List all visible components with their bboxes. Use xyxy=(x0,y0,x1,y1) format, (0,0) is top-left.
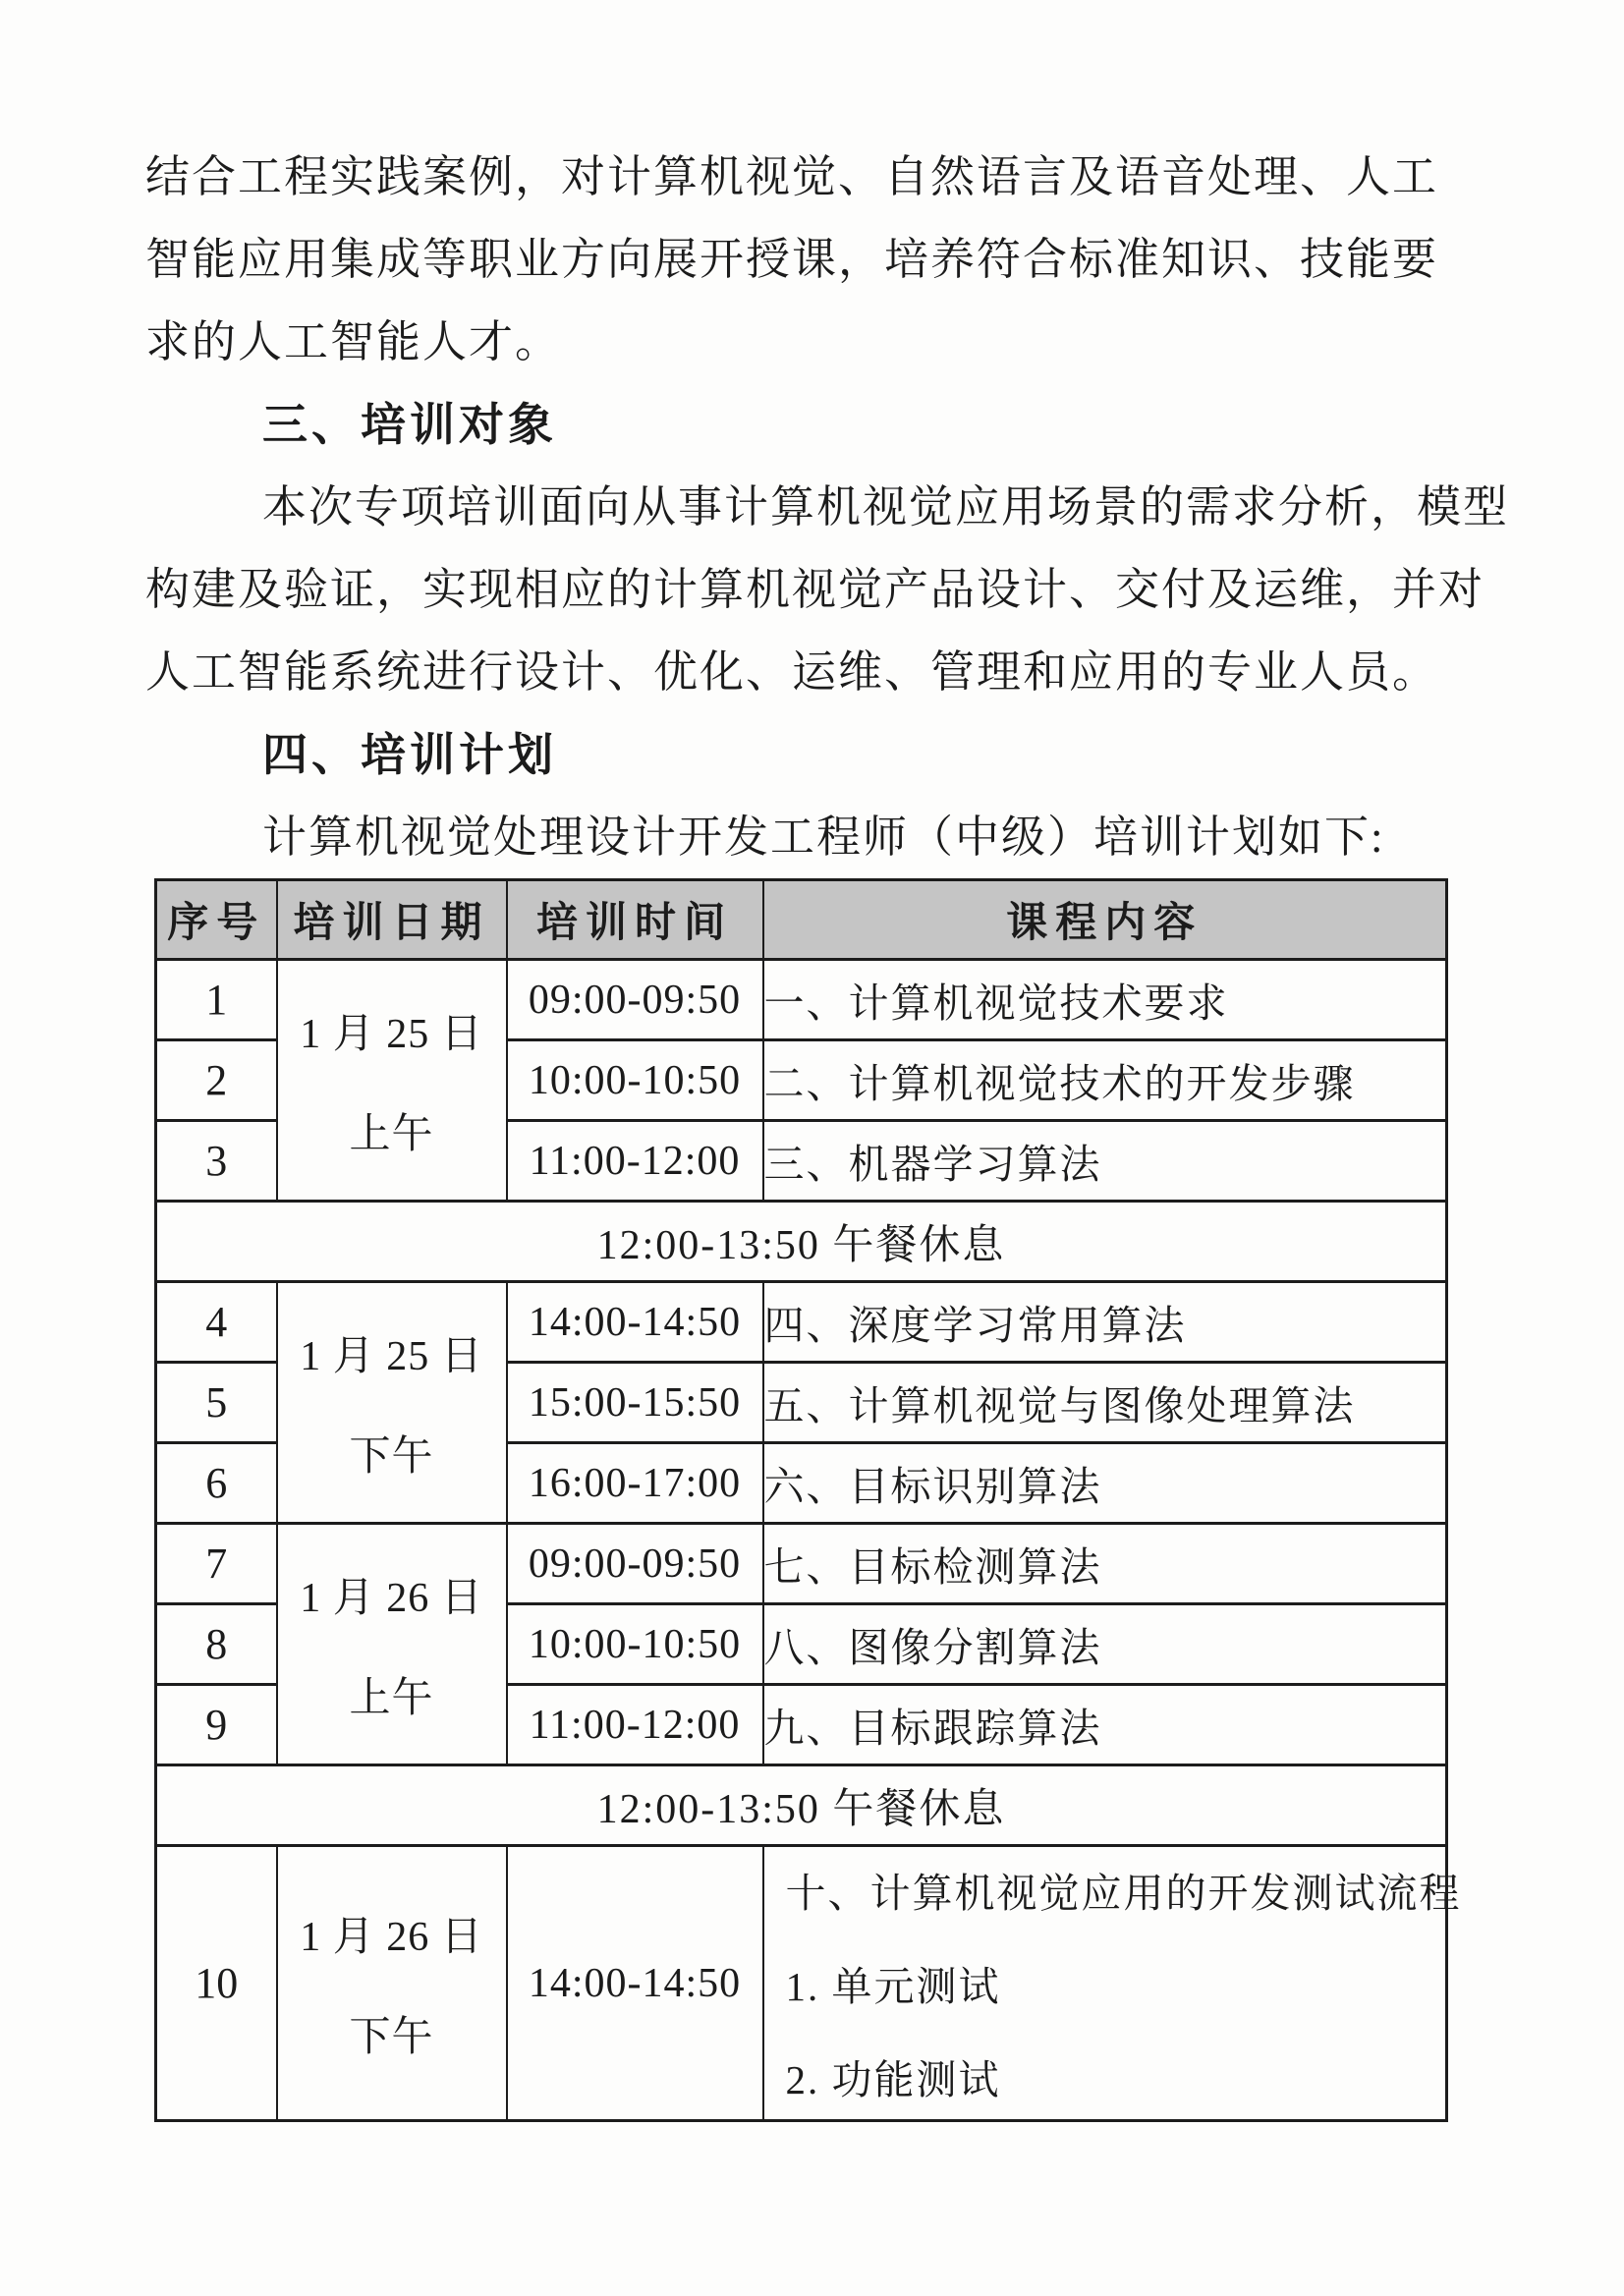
date-line: 上午 xyxy=(349,1665,433,1724)
time-cell: 09:00-09:50 xyxy=(507,1524,763,1604)
date-cell: 1 月 25 日 下午 xyxy=(277,1282,507,1524)
seq-cell: 8 xyxy=(156,1604,277,1685)
time-cell: 15:00-15:50 xyxy=(507,1363,763,1443)
date-line: 下午 xyxy=(349,2004,433,2063)
content-cell: 二、计算机视觉技术的开发步骤 xyxy=(763,1040,1447,1121)
time-cell: 10:00-10:50 xyxy=(507,1604,763,1685)
seq-cell: 9 xyxy=(156,1685,277,1765)
content-line: 1. 单元测试 xyxy=(786,1954,1446,2012)
content-line: 十、计算机视觉应用的开发测试流程 xyxy=(786,1861,1446,1919)
lunch-break-row: 12:00-13:50 午餐休息 xyxy=(156,1765,1447,1846)
seq-cell: 2 xyxy=(156,1040,277,1121)
date-cell: 1 月 26 日 上午 xyxy=(277,1524,507,1765)
date-line: 1 月 26 日 xyxy=(300,1565,483,1624)
paragraph-line: 构建及验证，实现相应的计算机视觉产品设计、交付及运维，并对 xyxy=(145,548,1496,631)
table-row: 7 1 月 26 日 上午 09:00-09:50 七、目标检测算法 xyxy=(156,1524,1447,1604)
table-row: 10 1 月 26 日 下午 14:00-14:50 十、计算机视觉应用的开发测… xyxy=(156,1846,1447,2121)
date-line: 下午 xyxy=(349,1424,433,1483)
time-cell: 09:00-09:50 xyxy=(507,960,763,1040)
time-cell: 16:00-17:00 xyxy=(507,1443,763,1524)
date-line: 上午 xyxy=(349,1101,433,1160)
lunch-break-cell: 12:00-13:50 午餐休息 xyxy=(156,1202,1447,1282)
content-cell: 八、图像分割算法 xyxy=(763,1604,1447,1685)
content-cell: 五、计算机视觉与图像处理算法 xyxy=(763,1363,1447,1443)
seq-cell: 3 xyxy=(156,1121,277,1202)
col-header-content: 课程内容 xyxy=(763,880,1447,960)
table-header-row: 序号 培训日期 培训时间 课程内容 xyxy=(156,880,1447,960)
document-text-block: 结合工程实践案例，对计算机视觉、自然语言及语音处理、人工 智能应用集成等职业方向… xyxy=(0,0,1624,878)
seq-cell: 1 xyxy=(156,960,277,1040)
col-header-date: 培训日期 xyxy=(277,880,507,960)
content-cell: 三、机器学习算法 xyxy=(763,1121,1447,1202)
time-cell: 14:00-14:50 xyxy=(507,1282,763,1363)
paragraph-line: 本次专项培训面向从事计算机视觉应用场景的需求分析，模型 xyxy=(145,466,1496,548)
paragraph-line: 结合工程实践案例，对计算机视觉、自然语言及语音处理、人工 xyxy=(145,136,1496,218)
col-header-seq: 序号 xyxy=(156,880,277,960)
seq-cell: 5 xyxy=(156,1363,277,1443)
content-cell: 九、目标跟踪算法 xyxy=(763,1685,1447,1765)
date-text: 1 月 25 日 下午 xyxy=(278,1323,506,1483)
content-line: 2. 功能测试 xyxy=(786,2047,1446,2105)
paragraph-line: 人工智能系统进行设计、优化、运维、管理和应用的专业人员。 xyxy=(145,631,1496,713)
time-cell: 11:00-12:00 xyxy=(507,1685,763,1765)
time-cell: 14:00-14:50 xyxy=(507,1846,763,2121)
table-intro-line: 计算机视觉处理设计开发工程师（中级）培训计划如下: xyxy=(145,796,1496,878)
lunch-break-cell: 12:00-13:50 午餐休息 xyxy=(156,1765,1447,1846)
time-cell: 11:00-12:00 xyxy=(507,1121,763,1202)
date-text: 1 月 26 日 上午 xyxy=(278,1565,506,1724)
training-schedule-table: 序号 培训日期 培训时间 课程内容 1 1 月 25 日 上午 09:00-09… xyxy=(154,878,1448,2122)
content-cell: 七、目标检测算法 xyxy=(763,1524,1447,1604)
paragraph-line: 智能应用集成等职业方向展开授课，培养符合标准知识、技能要 xyxy=(145,218,1496,301)
content-cell: 十、计算机视觉应用的开发测试流程 1. 单元测试 2. 功能测试 xyxy=(763,1846,1447,2121)
seq-cell: 10 xyxy=(156,1846,277,2121)
seq-cell: 6 xyxy=(156,1443,277,1524)
date-cell: 1 月 25 日 上午 xyxy=(277,960,507,1202)
col-header-time: 培训时间 xyxy=(507,880,763,960)
table-row: 4 1 月 25 日 下午 14:00-14:50 四、深度学习常用算法 xyxy=(156,1282,1447,1363)
seq-cell: 7 xyxy=(156,1524,277,1604)
content-cell: 一、计算机视觉技术要求 xyxy=(763,960,1447,1040)
date-line: 1 月 25 日 xyxy=(300,1001,483,1060)
content-lines: 十、计算机视觉应用的开发测试流程 1. 单元测试 2. 功能测试 xyxy=(764,1847,1446,2119)
date-line: 1 月 25 日 xyxy=(300,1323,483,1382)
table-row: 1 1 月 25 日 上午 09:00-09:50 一、计算机视觉技术要求 xyxy=(156,960,1447,1040)
date-text: 1 月 25 日 上午 xyxy=(278,1001,506,1160)
content-cell: 四、深度学习常用算法 xyxy=(763,1282,1447,1363)
section-heading-training-plan: 四、培训计划 xyxy=(145,713,1496,796)
date-text: 1 月 26 日 下午 xyxy=(278,1904,506,2063)
section-heading-training-target: 三、培训对象 xyxy=(145,383,1496,466)
paragraph-line: 求的人工智能人才。 xyxy=(145,301,1496,383)
content-cell: 六、目标识别算法 xyxy=(763,1443,1447,1524)
document-page: 结合工程实践案例，对计算机视觉、自然语言及语音处理、人工 智能应用集成等职业方向… xyxy=(0,0,1624,2296)
lunch-break-row: 12:00-13:50 午餐休息 xyxy=(156,1202,1447,1282)
date-line: 1 月 26 日 xyxy=(300,1904,483,1963)
time-cell: 10:00-10:50 xyxy=(507,1040,763,1121)
seq-cell: 4 xyxy=(156,1282,277,1363)
date-cell: 1 月 26 日 下午 xyxy=(277,1846,507,2121)
